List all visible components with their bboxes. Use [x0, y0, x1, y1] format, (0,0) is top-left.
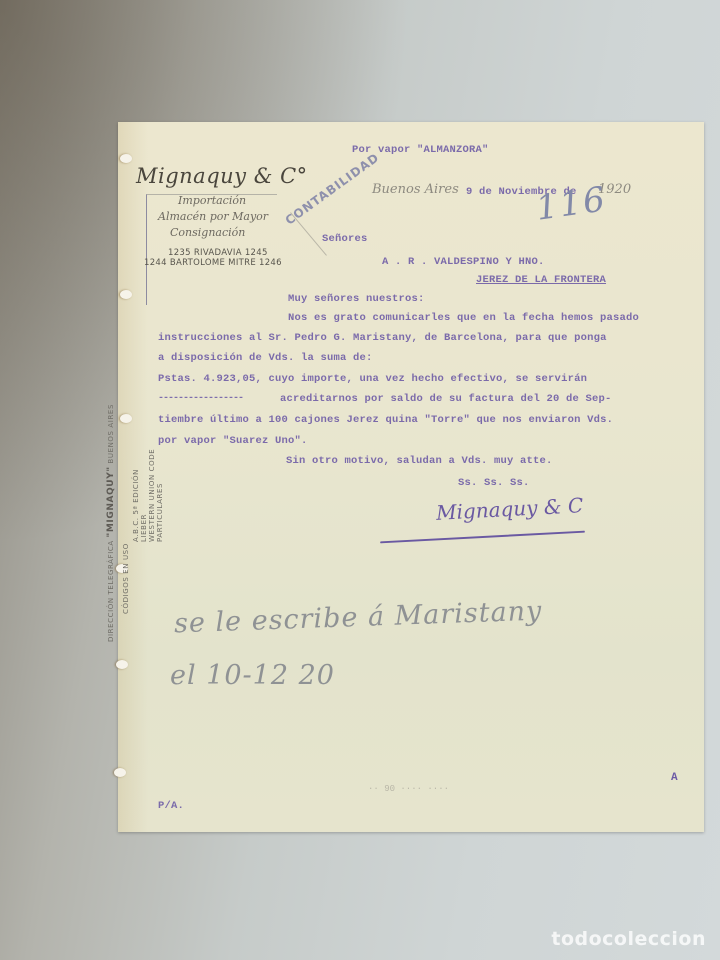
contabilidad-stamp: CONTABILIDAD [283, 150, 382, 227]
handwritten-place: Buenos Aires [372, 182, 459, 197]
punch-hole [116, 660, 128, 669]
body-line: acreditarnos por saldo de su factura del… [280, 393, 612, 405]
letterhead-line: Consignación [170, 226, 245, 239]
body-line: a disposición de Vds. la suma de: [158, 352, 373, 364]
side-codes-label: CÓDIGOS EN USO [122, 543, 130, 614]
recipient-name: A . R . VALDESPINO Y HNO. [382, 256, 545, 268]
letter-sheet: Mignaquy & C° Importación Almacén por Ma… [118, 122, 704, 832]
corner-mark: A [671, 772, 678, 784]
footer-reference: P/A. [158, 800, 184, 812]
pencil-note-line-1: se le escribe á Maristany [174, 596, 543, 640]
side-text-brand: "MIGNAQUY" [106, 466, 116, 537]
letterhead-line: Almacén por Mayor [158, 210, 268, 223]
pencil-note-line-2: el 10-12 20 [170, 660, 335, 691]
file-number: 116 [534, 179, 610, 228]
body-line: por vapor "Suarez Uno". [158, 435, 308, 447]
punch-hole [120, 414, 132, 423]
side-code-western: WESTERN UNION CODE [148, 449, 156, 542]
side-text-prefix: DIRECCIÓN TELEGRÁFICA [107, 540, 115, 642]
company-logo: Mignaquy & C° [136, 164, 308, 188]
signature-underline [380, 531, 585, 544]
body-line: instrucciones al Sr. Pedro G. Maristany,… [158, 332, 607, 344]
punch-hole [114, 768, 126, 777]
letterhead-line: Importación [178, 194, 246, 207]
shipping-line: Por vapor "ALMANZORA" [352, 144, 489, 156]
closing-line: Sin otro motivo, saludan a Vds. muy atte… [286, 455, 553, 467]
side-text-city: BUENOS AIRES [107, 404, 115, 464]
sign-off: Ss. Ss. Ss. [458, 477, 530, 489]
typed-dashes: ----------------- [158, 393, 243, 404]
todocoleccion-watermark: todocoleccion [551, 928, 706, 950]
side-code-particulares: PARTICULARES [156, 483, 164, 542]
letterhead-address: 1244 BARTOLOME MITRE 1246 [144, 258, 282, 268]
letterhead-address: 1235 RIVADAVIA 1245 [168, 248, 268, 258]
side-telegraphic-address: DIRECCIÓN TELEGRÁFICA "MIGNAQUY" BUENOS … [106, 404, 116, 642]
body-line: tiembre último a 100 cajones Jerez quina… [158, 414, 613, 426]
greeting: Muy señores nuestros: [288, 293, 425, 305]
recipient-city: JEREZ DE LA FRONTERA [476, 274, 606, 286]
side-code-lieber: LIEBER [140, 514, 148, 542]
body-line: Pstas. 4.923,05, cuyo importe, una vez h… [158, 373, 587, 385]
faint-offset-text: ·· 90 ···· ···· [368, 784, 449, 794]
punch-hole [120, 290, 132, 299]
punch-hole [120, 154, 132, 163]
signature: Mignaquy & C [435, 493, 583, 525]
side-code-abc: A.B.C. 5ª EDICIÓN [132, 469, 140, 542]
body-line: Nos es grato comunicarles que en la fech… [288, 312, 639, 324]
salutation-label: Señores [322, 233, 368, 245]
